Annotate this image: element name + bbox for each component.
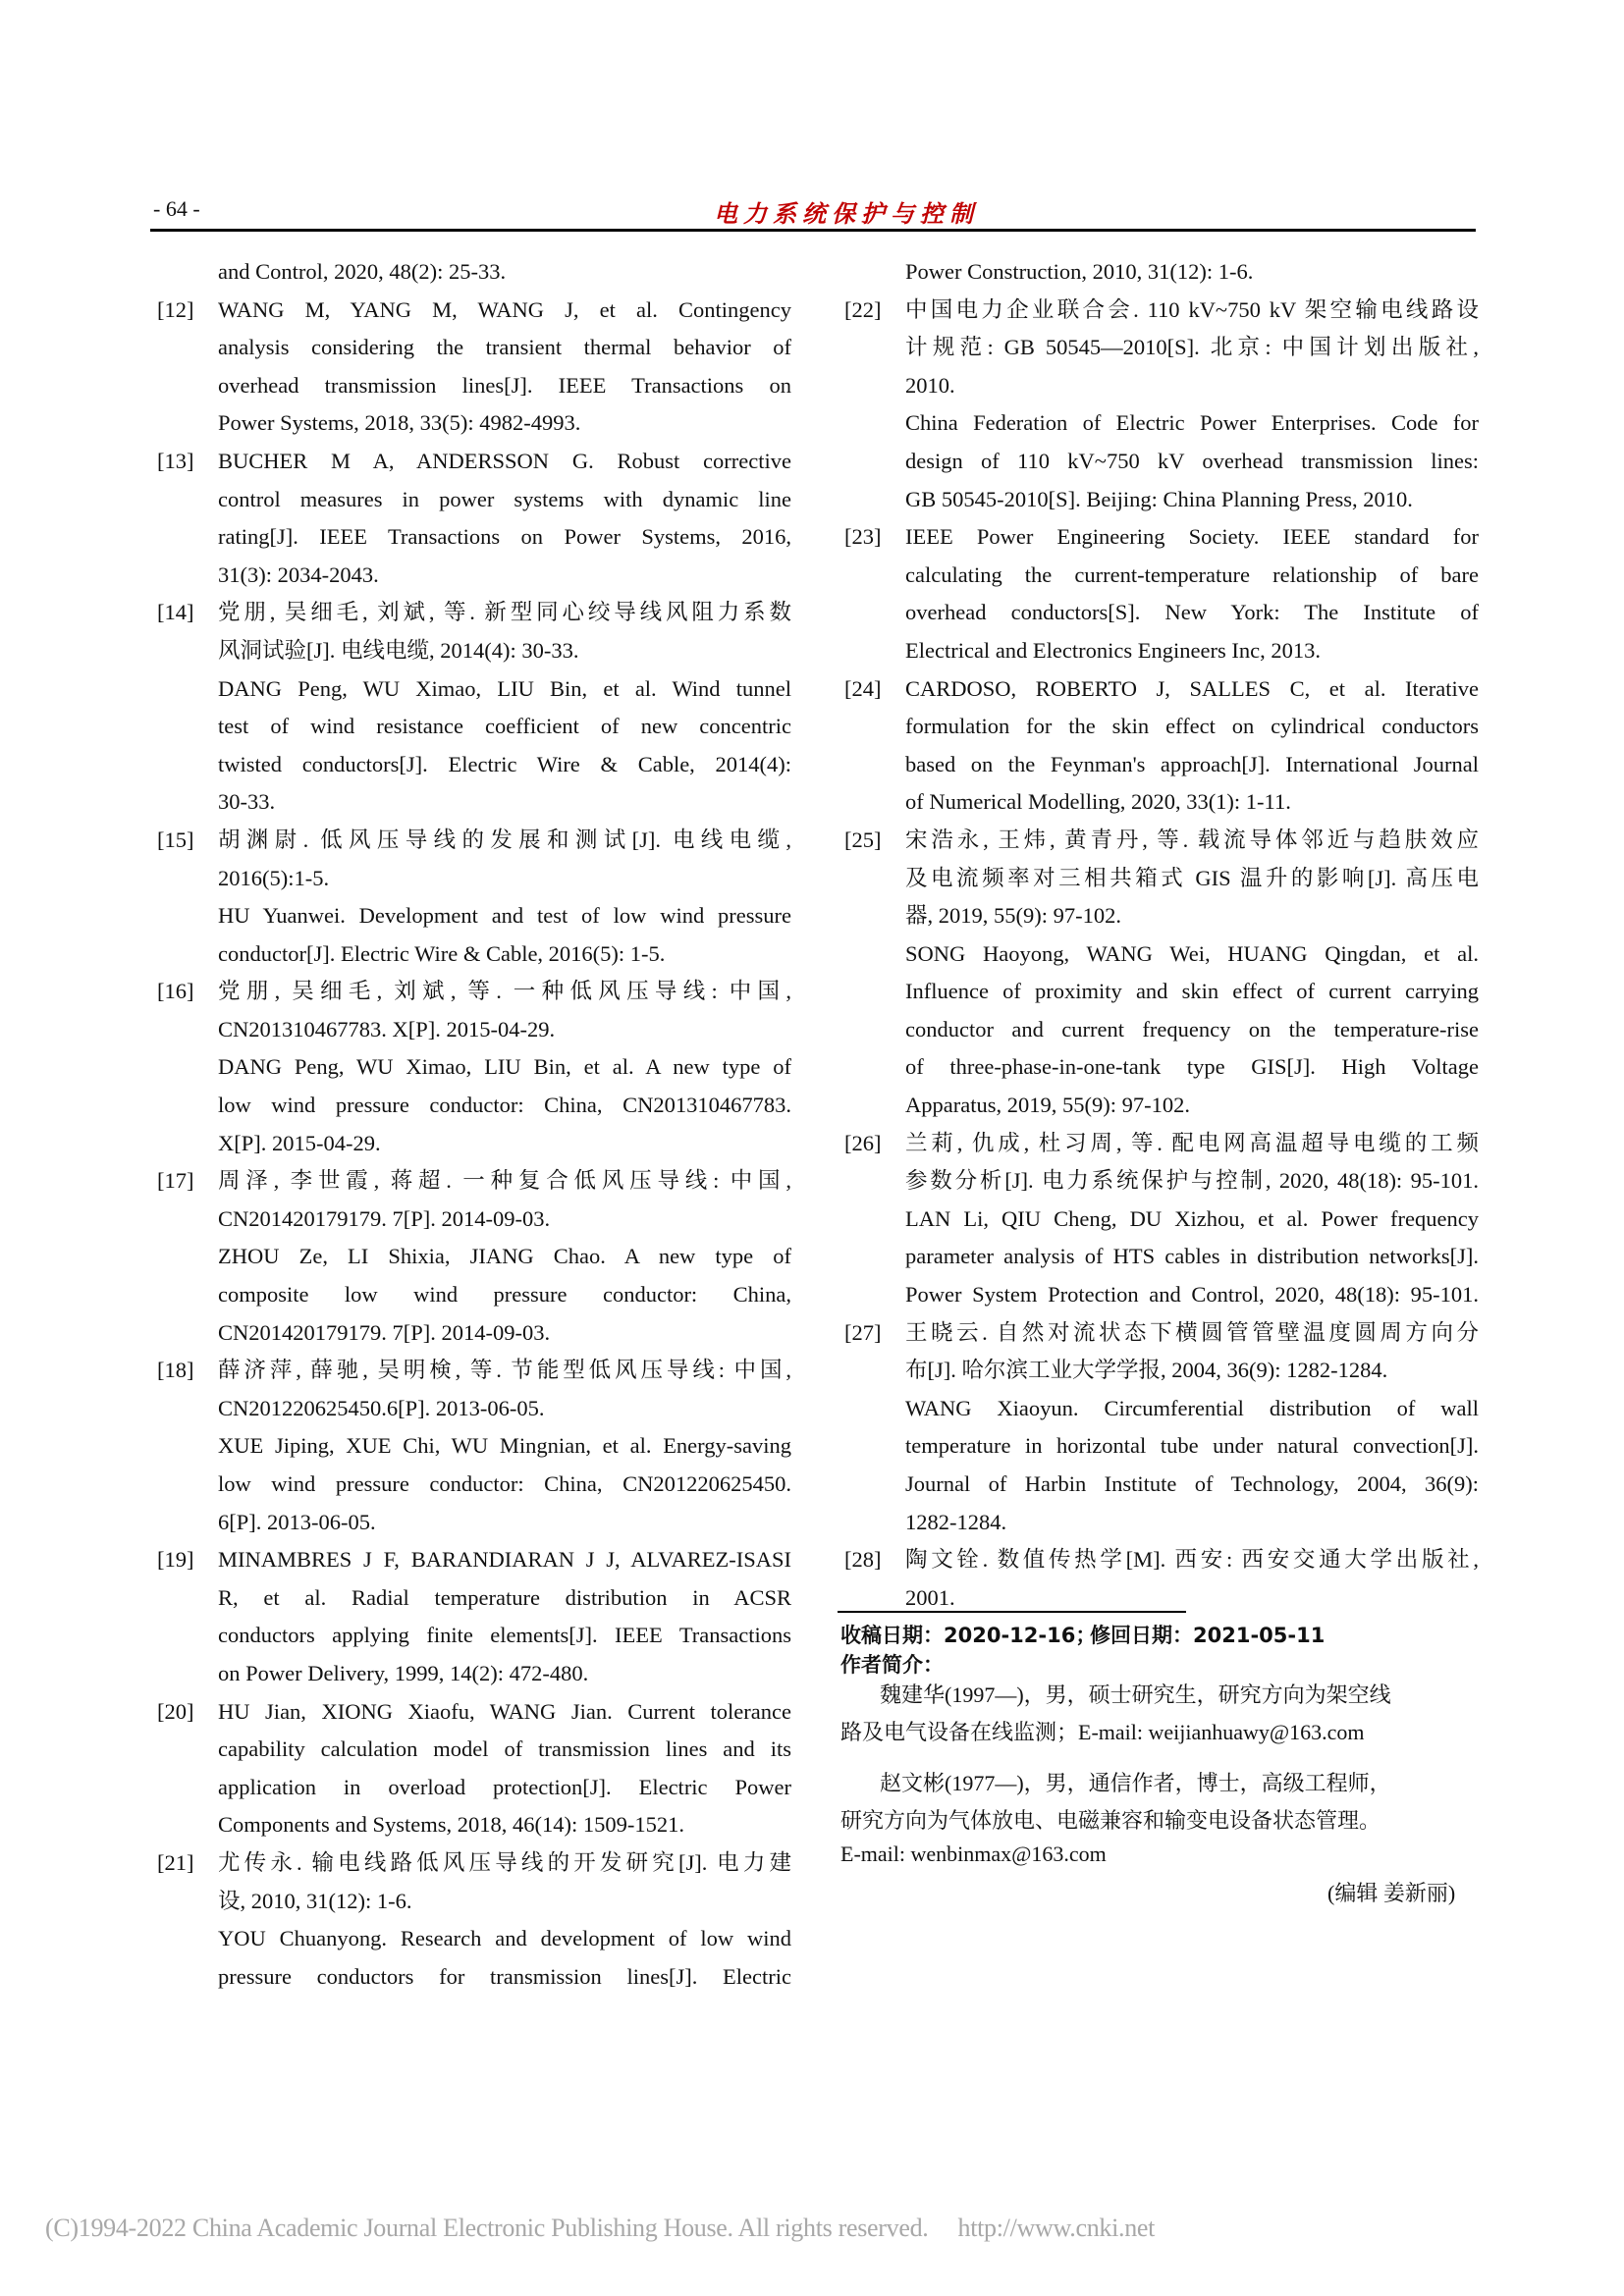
reference-text: 设, 2010, 31(12): 1-6. <box>218 1883 791 1921</box>
reference-line: low wind pressure conductor: China, CN20… <box>157 1087 791 1125</box>
reference-number: [19] <box>157 1541 218 1579</box>
authors-heading: 作者简介： <box>840 1649 944 1679</box>
reference-line: Apparatus, 2019, 55(9): 97-102. <box>844 1087 1479 1125</box>
journal-title: 电力系统保护与控制 <box>714 194 979 229</box>
reference-text: IEEE Power Engineering Society. IEEE sta… <box>905 518 1479 557</box>
reference-line: WANG Xiaoyun. Circumferential distributi… <box>844 1390 1479 1428</box>
reference-text: based on the Feynman's approach[J]. Inte… <box>905 746 1479 784</box>
cnki-link[interactable]: http://www.cnki.net <box>958 2214 1156 2242</box>
reference-line: based on the Feynman's approach[J]. Inte… <box>844 746 1479 784</box>
reference-text: calculating the current-temperature rela… <box>905 557 1479 595</box>
reference-text: 6[P]. 2013-06-05. <box>218 1504 791 1542</box>
reference-text: conductor and current frequency on the t… <box>905 1011 1479 1049</box>
reference-line: DANG Peng, WU Ximao, LIU Bin, et al. A n… <box>157 1048 791 1087</box>
reference-number: [25] <box>844 822 905 860</box>
reference-text: pressure conductors for transmission lin… <box>218 1958 791 1997</box>
reference-text: 薛济萍, 薛驰, 吴明検, 等. 节能型低风压导线: 中国, <box>218 1352 791 1390</box>
reference-text: Power Construction, 2010, 31(12): 1-6. <box>905 253 1479 292</box>
reference-entry-start: [18]薛济萍, 薛驰, 吴明検, 等. 节能型低风压导线: 中国, <box>157 1352 791 1390</box>
reference-line: Influence of proximity and skin effect o… <box>844 973 1479 1011</box>
reference-number: [18] <box>157 1352 218 1390</box>
reference-text: composite low wind pressure conductor: C… <box>218 1276 791 1314</box>
reference-line: LAN Li, QIU Cheng, DU Xizhou, et al. Pow… <box>844 1201 1479 1239</box>
reference-text: twisted conductors[J]. Electric Wire & C… <box>218 746 791 784</box>
author2-bio-line2: 研究方向为气体放电、电磁兼容和输变电设备状态管理。 <box>840 1804 1380 1835</box>
reference-line: R, et al. Radial temperature distributio… <box>157 1579 791 1618</box>
reference-line: X[P]. 2015-04-29. <box>157 1125 791 1163</box>
header-rule <box>150 229 1476 232</box>
reference-text: low wind pressure conductor: China, CN20… <box>218 1087 791 1125</box>
reference-text: 布[J]. 哈尔滨工业大学学报, 2004, 36(9): 1282-1284. <box>905 1352 1479 1390</box>
reference-number: [28] <box>844 1541 905 1579</box>
reference-text: CN201310467783. X[P]. 2015-04-29. <box>218 1011 791 1049</box>
reference-entry-start: [22]中国电力企业联合会. 110 kV~750 kV 架空输电线路设 <box>844 292 1479 330</box>
reference-line: formulation for the skin effect on cylin… <box>844 708 1479 746</box>
reference-text: 党朋, 吴细毛, 刘斌, 等. 一种低风压导线: 中国, <box>218 973 791 1011</box>
reference-line: overhead transmission lines[J]. IEEE Tra… <box>157 367 791 405</box>
reference-text: XUE Jiping, XUE Chi, WU Mingnian, et al.… <box>218 1427 791 1466</box>
reference-text: 器, 2019, 55(9): 97-102. <box>905 897 1479 935</box>
reference-text: conductor[J]. Electric Wire & Cable, 201… <box>218 935 791 974</box>
reference-line: of Numerical Modelling, 2020, 33(1): 1-1… <box>844 783 1479 822</box>
reference-text: CARDOSO, ROBERTO J, SALLES C, et al. Ite… <box>905 670 1479 709</box>
reference-entry-start: [28]陶文铨. 数值传热学[M]. 西安: 西安交通大学出版社, <box>844 1541 1479 1579</box>
reference-entry-start: [15]胡渊尉. 低风压导线的发展和测试[J]. 电线电缆, <box>157 822 791 860</box>
reference-text: temperature in horizontal tube under nat… <box>905 1427 1479 1466</box>
reference-line: 设, 2010, 31(12): 1-6. <box>157 1883 791 1921</box>
reference-line: rating[J]. IEEE Transactions on Power Sy… <box>157 518 791 557</box>
reference-text: formulation for the skin effect on cylin… <box>905 708 1479 746</box>
reference-line: Electrical and Electronics Engineers Inc… <box>844 632 1479 670</box>
reference-number: [15] <box>157 822 218 860</box>
reference-text: 陶文铨. 数值传热学[M]. 西安: 西安交通大学出版社, <box>905 1541 1479 1579</box>
reference-text: MINAMBRES J F, BARANDIARAN J J, ALVAREZ-… <box>218 1541 791 1579</box>
reference-entry-start: [26]兰莉, 仇成, 杜习周, 等. 配电网高温超导电缆的工频 <box>844 1125 1479 1163</box>
reference-line: calculating the current-temperature rela… <box>844 557 1479 595</box>
author2-bio-line1: 赵文彬(1977—)，男，通信作者，博士，高级工程师， <box>880 1767 1391 1797</box>
reference-text: 宋浩永, 王炜, 黄青丹, 等. 载流导体邻近与趋肤效应 <box>905 822 1479 860</box>
reference-line: parameter analysis of HTS cables in dist… <box>844 1238 1479 1276</box>
reference-text: HU Yuanwei. Development and test of low … <box>218 897 791 935</box>
reference-text: design of 110 kV~750 kV overhead transmi… <box>905 443 1479 481</box>
reference-line: 31(3): 2034-2043. <box>157 557 791 595</box>
reference-text: 1282-1284. <box>905 1504 1479 1542</box>
reference-line: 2016(5):1-5. <box>157 860 791 898</box>
copyright-text: (C)1994-2022 China Academic Journal Elec… <box>45 2214 929 2242</box>
reference-entry-start: [16]党朋, 吴细毛, 刘斌, 等. 一种低风压导线: 中国, <box>157 973 791 1011</box>
reference-text: 王晓云. 自然对流状态下横圆管管壁温度圆周方向分 <box>905 1314 1479 1353</box>
reference-number: [16] <box>157 973 218 1011</box>
reference-number: [26] <box>844 1125 905 1163</box>
reference-line: ZHOU Ze, LI Shixia, JIANG Chao. A new ty… <box>157 1238 791 1276</box>
reference-line: design of 110 kV~750 kV overhead transmi… <box>844 443 1479 481</box>
reference-line: twisted conductors[J]. Electric Wire & C… <box>157 746 791 784</box>
reference-number: [20] <box>157 1693 218 1732</box>
reference-text: ZHOU Ze, LI Shixia, JIANG Chao. A new ty… <box>218 1238 791 1276</box>
reference-text: 尤传永. 输电线路低风压导线的开发研究[J]. 电力建 <box>218 1844 791 1883</box>
reference-line: composite low wind pressure conductor: C… <box>157 1276 791 1314</box>
reference-line: on Power Delivery, 1999, 14(2): 472-480. <box>157 1655 791 1693</box>
reference-line: 布[J]. 哈尔滨工业大学学报, 2004, 36(9): 1282-1284. <box>844 1352 1479 1390</box>
references-left-column: and Control, 2020, 48(2): 25-33.[12]WANG… <box>157 253 791 1996</box>
reference-line: CN201420179179. 7[P]. 2014-09-03. <box>157 1314 791 1353</box>
reference-line: HU Yuanwei. Development and test of low … <box>157 897 791 935</box>
reference-line: Power System Protection and Control, 202… <box>844 1276 1479 1314</box>
reference-text: Influence of proximity and skin effect o… <box>905 973 1479 1011</box>
reference-text: 风洞试验[J]. 电线电缆, 2014(4): 30-33. <box>218 632 791 670</box>
reference-text: overhead conductors[S]. New York: The In… <box>905 594 1479 632</box>
reference-text: parameter analysis of HTS cables in dist… <box>905 1238 1479 1276</box>
reference-line: conductors applying finite elements[J]. … <box>157 1617 791 1655</box>
reference-entry-start: [20]HU Jian, XIONG Xiaofu, WANG Jian. Cu… <box>157 1693 791 1732</box>
reference-line: low wind pressure conductor: China, CN20… <box>157 1466 791 1504</box>
author1-bio-line1: 魏建华(1997—)，男，硕士研究生，研究方向为架空线 <box>880 1679 1391 1709</box>
copyright-footer: (C)1994-2022 China Academic Journal Elec… <box>45 2214 1155 2243</box>
reference-text: GB 50545-2010[S]. Beijing: China Plannin… <box>905 481 1479 519</box>
author2-email: E-mail: wenbinmax@163.com <box>840 1842 1107 1867</box>
reference-number: [23] <box>844 518 905 557</box>
reference-text: 参数分析[J]. 电力系统保护与控制, 2020, 48(18): 95-101… <box>905 1162 1479 1201</box>
reference-text: LAN Li, QIU Cheng, DU Xizhou, et al. Pow… <box>905 1201 1479 1239</box>
reference-text: low wind pressure conductor: China, CN20… <box>218 1466 791 1504</box>
reference-text: 31(3): 2034-2043. <box>218 557 791 595</box>
reference-text: control measures in power systems with d… <box>218 481 791 519</box>
reference-text: CN201420179179. 7[P]. 2014-09-03. <box>218 1314 791 1353</box>
reference-line: Power Construction, 2010, 31(12): 1-6. <box>844 253 1479 292</box>
reference-number: [12] <box>157 292 218 330</box>
reference-text: CN201220625450.6[P]. 2013-06-05. <box>218 1390 791 1428</box>
reference-entry-start: [21]尤传永. 输电线路低风压导线的开发研究[J]. 电力建 <box>157 1844 791 1883</box>
reference-text: 2016(5):1-5. <box>218 860 791 898</box>
reference-entry-start: [19]MINAMBRES J F, BARANDIARAN J J, ALVA… <box>157 1541 791 1579</box>
reference-text: 党朋, 吴细毛, 刘斌, 等. 新型同心绞导线风阻力系数 <box>218 594 791 632</box>
reference-text: R, et al. Radial temperature distributio… <box>218 1579 791 1618</box>
reference-line: 30-33. <box>157 783 791 822</box>
reference-line: capability calculation model of transmis… <box>157 1731 791 1769</box>
reference-line: 参数分析[J]. 电力系统保护与控制, 2020, 48(18): 95-101… <box>844 1162 1479 1201</box>
reference-line: CN201420179179. 7[P]. 2014-09-03. <box>157 1201 791 1239</box>
reference-text: 周泽, 李世霞, 蒋超. 一种复合低风压导线: 中国, <box>218 1162 791 1201</box>
reference-text: 中国电力企业联合会. 110 kV~750 kV 架空输电线路设 <box>905 292 1479 330</box>
reference-line: China Federation of Electric Power Enter… <box>844 404 1479 443</box>
reference-number: [17] <box>157 1162 218 1201</box>
reference-text: test of wind resistance coefficient of n… <box>218 708 791 746</box>
reference-line: conductor[J]. Electric Wire & Cable, 201… <box>157 935 791 974</box>
reference-line: 1282-1284. <box>844 1504 1479 1542</box>
reference-text: WANG Xiaoyun. Circumferential distributi… <box>905 1390 1479 1428</box>
footnote-rule <box>838 1611 1186 1613</box>
reference-line: YOU Chuanyong. Research and development … <box>157 1920 791 1958</box>
reference-number: [21] <box>157 1844 218 1883</box>
reference-text: SONG Haoyong, WANG Wei, HUANG Qingdan, e… <box>905 935 1479 974</box>
reference-text: Journal of Harbin Institute of Technolog… <box>905 1466 1479 1504</box>
reference-text: analysis considering the transient therm… <box>218 329 791 367</box>
reference-entry-start: [25]宋浩永, 王炜, 黄青丹, 等. 载流导体邻近与趋肤效应 <box>844 822 1479 860</box>
reference-text: 30-33. <box>218 783 791 822</box>
reference-text: YOU Chuanyong. Research and development … <box>218 1920 791 1958</box>
reference-text: 胡渊尉. 低风压导线的发展和测试[J]. 电线电缆, <box>218 822 791 860</box>
reference-line: pressure conductors for transmission lin… <box>157 1958 791 1997</box>
reference-line: CN201310467783. X[P]. 2015-04-29. <box>157 1011 791 1049</box>
reference-line: CN201220625450.6[P]. 2013-06-05. <box>157 1390 791 1428</box>
reference-text: on Power Delivery, 1999, 14(2): 472-480. <box>218 1655 791 1693</box>
reference-number: [14] <box>157 594 218 632</box>
reference-text: application in overload protection[J]. E… <box>218 1769 791 1807</box>
author1-bio-line2: 路及电气设备在线监测；E-mail: weijianhuawy@163.com <box>840 1716 1365 1746</box>
reference-text: Power Systems, 2018, 33(5): 4982-4993. <box>218 404 791 443</box>
reference-text: X[P]. 2015-04-29. <box>218 1125 791 1163</box>
reference-line: Journal of Harbin Institute of Technolog… <box>844 1466 1479 1504</box>
revised-date: 修回日期：2021-05-11 <box>1090 1620 1325 1649</box>
reference-text: HU Jian, XIONG Xiaofu, WANG Jian. Curren… <box>218 1693 791 1732</box>
reference-text: capability calculation model of transmis… <box>218 1731 791 1769</box>
reference-text: 2010. <box>905 367 1479 405</box>
reference-line: 及电流频率对三相共箱式 GIS 温升的影响[J]. 高压电 <box>844 860 1479 898</box>
reference-text: 兰莉, 仇成, 杜习周, 等. 配电网高温超导电缆的工频 <box>905 1125 1479 1163</box>
reference-text: overhead transmission lines[J]. IEEE Tra… <box>218 367 791 405</box>
received-date: 收稿日期：2020-12-16； <box>840 1620 1096 1649</box>
reference-line: Components and Systems, 2018, 46(14): 15… <box>157 1806 791 1844</box>
reference-text: 计规范: GB 50545—2010[S]. 北京: 中国计划出版社, <box>905 329 1479 367</box>
references-right-column: Power Construction, 2010, 31(12): 1-6.[2… <box>844 253 1479 1617</box>
reference-text: DANG Peng, WU Ximao, LIU Bin, et al. Win… <box>218 670 791 709</box>
reference-text: BUCHER M A, ANDERSSON G. Robust correcti… <box>218 443 791 481</box>
reference-line: control measures in power systems with d… <box>157 481 791 519</box>
reference-line: 器, 2019, 55(9): 97-102. <box>844 897 1479 935</box>
page-number: - 64 - <box>153 196 200 222</box>
reference-entry-start: [14]党朋, 吴细毛, 刘斌, 等. 新型同心绞导线风阻力系数 <box>157 594 791 632</box>
reference-text: of three-phase-in-one-tank type GIS[J]. … <box>905 1048 1479 1087</box>
reference-line: GB 50545-2010[S]. Beijing: China Plannin… <box>844 481 1479 519</box>
reference-text: of Numerical Modelling, 2020, 33(1): 1-1… <box>905 783 1479 822</box>
reference-line: test of wind resistance coefficient of n… <box>157 708 791 746</box>
reference-line: DANG Peng, WU Ximao, LIU Bin, et al. Win… <box>157 670 791 709</box>
reference-line: 2010. <box>844 367 1479 405</box>
reference-number: [22] <box>844 292 905 330</box>
reference-line: conductor and current frequency on the t… <box>844 1011 1479 1049</box>
reference-text: Components and Systems, 2018, 46(14): 15… <box>218 1806 791 1844</box>
reference-text: rating[J]. IEEE Transactions on Power Sy… <box>218 518 791 557</box>
reference-line: of three-phase-in-one-tank type GIS[J]. … <box>844 1048 1479 1087</box>
reference-entry-start: [13]BUCHER M A, ANDERSSON G. Robust corr… <box>157 443 791 481</box>
reference-text: China Federation of Electric Power Enter… <box>905 404 1479 443</box>
reference-entry-start: [12]WANG M, YANG M, WANG J, et al. Conti… <box>157 292 791 330</box>
reference-line: SONG Haoyong, WANG Wei, HUANG Qingdan, e… <box>844 935 1479 974</box>
reference-text: Power System Protection and Control, 202… <box>905 1276 1479 1314</box>
reference-entry-start: [23]IEEE Power Engineering Society. IEEE… <box>844 518 1479 557</box>
reference-text: CN201420179179. 7[P]. 2014-09-03. <box>218 1201 791 1239</box>
reference-line: 6[P]. 2013-06-05. <box>157 1504 791 1542</box>
reference-line: application in overload protection[J]. E… <box>157 1769 791 1807</box>
editor-credit: (编辑 姜新丽) <box>1327 1877 1455 1907</box>
reference-line: 风洞试验[J]. 电线电缆, 2014(4): 30-33. <box>157 632 791 670</box>
reference-text: DANG Peng, WU Ximao, LIU Bin, et al. A n… <box>218 1048 791 1087</box>
reference-line: Power Systems, 2018, 33(5): 4982-4993. <box>157 404 791 443</box>
reference-text: 及电流频率对三相共箱式 GIS 温升的影响[J]. 高压电 <box>905 860 1479 898</box>
reference-text: Electrical and Electronics Engineers Inc… <box>905 632 1479 670</box>
reference-number: [13] <box>157 443 218 481</box>
reference-line: analysis considering the transient therm… <box>157 329 791 367</box>
reference-entry-start: [17]周泽, 李世霞, 蒋超. 一种复合低风压导线: 中国, <box>157 1162 791 1201</box>
reference-entry-start: [24]CARDOSO, ROBERTO J, SALLES C, et al.… <box>844 670 1479 709</box>
reference-line: and Control, 2020, 48(2): 25-33. <box>157 253 791 292</box>
reference-text: conductors applying finite elements[J]. … <box>218 1617 791 1655</box>
reference-line: overhead conductors[S]. New York: The In… <box>844 594 1479 632</box>
reference-entry-start: [27]王晓云. 自然对流状态下横圆管管壁温度圆周方向分 <box>844 1314 1479 1353</box>
reference-text: and Control, 2020, 48(2): 25-33. <box>218 253 791 292</box>
reference-line: XUE Jiping, XUE Chi, WU Mingnian, et al.… <box>157 1427 791 1466</box>
reference-line: 计规范: GB 50545—2010[S]. 北京: 中国计划出版社, <box>844 329 1479 367</box>
reference-text: Apparatus, 2019, 55(9): 97-102. <box>905 1087 1479 1125</box>
reference-number: [27] <box>844 1314 905 1353</box>
reference-number: [24] <box>844 670 905 709</box>
reference-text: WANG M, YANG M, WANG J, et al. Contingen… <box>218 292 791 330</box>
reference-line: temperature in horizontal tube under nat… <box>844 1427 1479 1466</box>
